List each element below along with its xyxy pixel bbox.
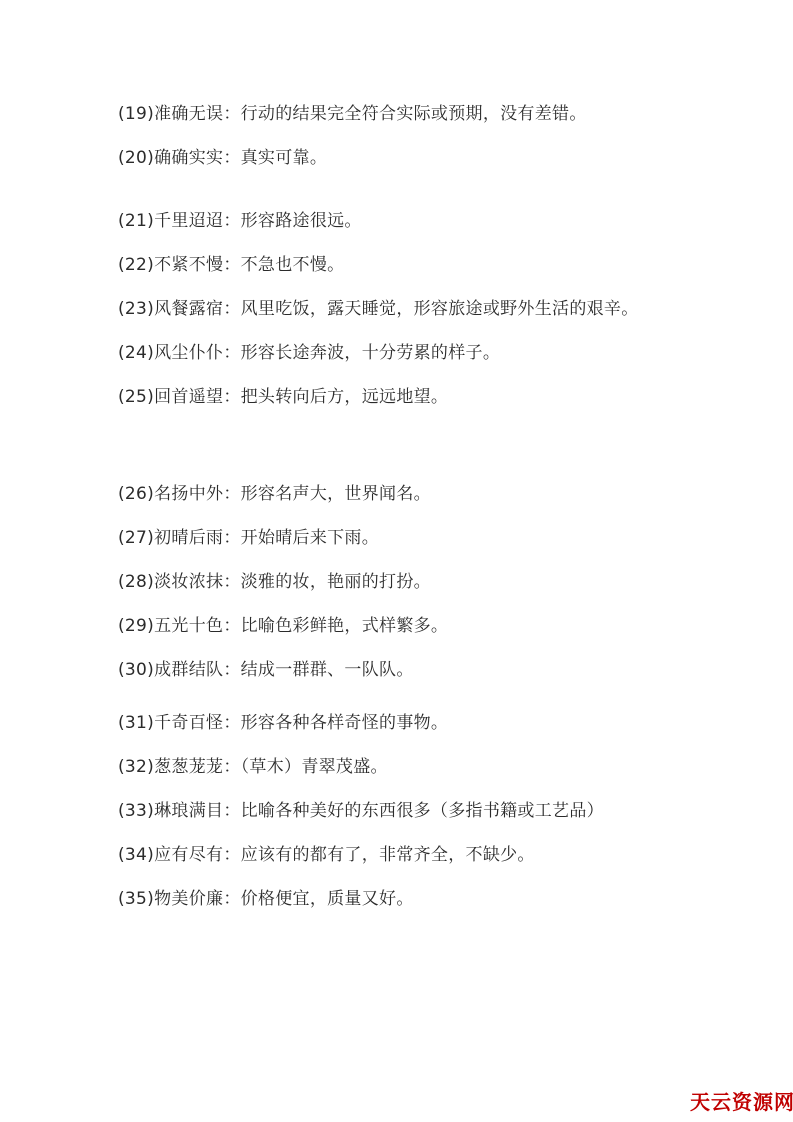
idiom-term: 准确无误 (154, 104, 223, 124)
entry-number: (26) (118, 484, 154, 504)
entry-number: (25) (118, 387, 154, 407)
colon-separator: ： (223, 299, 240, 319)
colon-separator: ： (223, 889, 240, 909)
idiom-group-1: (19)准确无误：行动的结果完全符合实际或预期，没有差错。(20)确确实实：真实… (118, 103, 765, 169)
entry-number: (28) (118, 572, 154, 592)
idiom-entry: (19)准确无误：行动的结果完全符合实际或预期，没有差错。 (118, 103, 765, 125)
idiom-entry: (25)回首遥望：把头转向后方，远远地望。 (118, 386, 765, 408)
colon-separator: ： (223, 757, 240, 777)
idiom-entry: (35)物美价廉：价格便宜，质量又好。 (118, 888, 765, 910)
idiom-list: (19)准确无误：行动的结果完全符合实际或预期，没有差错。(20)确确实实：真实… (118, 103, 765, 932)
colon-separator: ： (223, 801, 240, 821)
idiom-term: 确确实实 (154, 148, 223, 168)
entry-number: (33) (118, 801, 154, 821)
idiom-entry: (27)初晴后雨：开始晴后来下雨。 (118, 527, 765, 549)
idiom-term: 五光十色 (154, 616, 223, 636)
entry-number: (24) (118, 343, 154, 363)
colon-separator: ： (223, 255, 240, 275)
idiom-term: 琳琅满目 (154, 801, 223, 821)
idiom-group-3: (26)名扬中外：形容名声大，世界闻名。(27)初晴后雨：开始晴后来下雨。(28… (118, 483, 765, 681)
idiom-definition: 形容各种各样奇怪的事物。 (241, 713, 449, 733)
entry-number: (35) (118, 889, 154, 909)
idiom-term: 千奇百怪 (154, 713, 223, 733)
idiom-entry: (21)千里迢迢：形容路途很远。 (118, 210, 765, 232)
colon-separator: ： (223, 148, 240, 168)
idiom-entry: (33)琳琅满目：比喻各种美好的东西很多（多指书籍或工艺品） (118, 800, 765, 822)
idiom-term: 淡妆浓抹 (154, 572, 223, 592)
idiom-term: 风餐露宿 (154, 299, 223, 319)
idiom-entry: (22)不紧不慢：不急也不慢。 (118, 254, 765, 276)
idiom-entry: (29)五光十色：比喻色彩鲜艳，式样繁多。 (118, 615, 765, 637)
idiom-term: 应有尽有 (154, 845, 223, 865)
idiom-entry: (24)风尘仆仆：形容长途奔波，十分劳累的样子。 (118, 342, 765, 364)
idiom-definition: 比喻色彩鲜艳，式样繁多。 (241, 616, 449, 636)
idiom-definition: 真实可靠。 (241, 148, 328, 168)
idiom-entry: (28)淡妆浓抹：淡雅的妆，艳丽的打扮。 (118, 571, 765, 593)
idiom-definition: 淡雅的妆，艳丽的打扮。 (241, 572, 431, 592)
idiom-entry: (32)葱葱茏茏：（草木）青翠茂盛。 (118, 756, 765, 778)
idiom-term: 物美价廉 (154, 889, 223, 909)
idiom-group-2: (21)千里迢迢：形容路途很远。(22)不紧不慢：不急也不慢。(23)风餐露宿：… (118, 210, 765, 408)
entry-number: (20) (118, 148, 154, 168)
colon-separator: ： (223, 660, 240, 680)
idiom-definition: 比喻各种美好的东西很多（多指书籍或工艺品） (241, 801, 604, 821)
idiom-entry: (20)确确实实：真实可靠。 (118, 147, 765, 169)
entry-number: (30) (118, 660, 154, 680)
idiom-definition: 结成一群群、一队队。 (241, 660, 414, 680)
idiom-entry: (23)风餐露宿：风里吃饭，露天睡觉，形容旅途或野外生活的艰辛。 (118, 298, 765, 320)
colon-separator: ： (223, 616, 240, 636)
colon-separator: ： (223, 845, 240, 865)
entry-number: (29) (118, 616, 154, 636)
idiom-definition: 不急也不慢。 (241, 255, 345, 275)
colon-separator: ： (223, 343, 240, 363)
colon-separator: ： (223, 387, 240, 407)
entry-number: (19) (118, 104, 154, 124)
idiom-term: 回首遥望 (154, 387, 223, 407)
idiom-definition: 应该有的都有了，非常齐全，不缺少。 (241, 845, 535, 865)
idiom-definition: 风里吃饭，露天睡觉，形容旅途或野外生活的艰辛。 (241, 299, 639, 319)
idiom-definition: 形容长途奔波，十分劳累的样子。 (241, 343, 501, 363)
idiom-definition: 价格便宜，质量又好。 (241, 889, 414, 909)
entry-number: (34) (118, 845, 154, 865)
entry-number: (23) (118, 299, 154, 319)
idiom-definition: 形容名声大，世界闻名。 (241, 484, 431, 504)
idiom-definition: 形容路途很远。 (241, 211, 362, 231)
idiom-term: 初晴后雨 (154, 528, 223, 548)
idiom-term: 不紧不慢 (154, 255, 223, 275)
entry-number: (31) (118, 713, 154, 733)
colon-separator: ： (223, 528, 240, 548)
entry-number: (27) (118, 528, 154, 548)
idiom-term: 成群结队 (154, 660, 223, 680)
watermark: 天云资源网 (690, 1086, 793, 1115)
idiom-term: 名扬中外 (154, 484, 223, 504)
entry-number: (22) (118, 255, 154, 275)
idiom-definition: （草木）青翠茂盛。 (241, 757, 388, 777)
colon-separator: ： (223, 104, 240, 124)
entry-number: (32) (118, 757, 154, 777)
colon-separator: ： (223, 713, 240, 733)
idiom-term: 风尘仆仆 (154, 343, 223, 363)
idiom-definition: 把头转向后方，远远地望。 (241, 387, 449, 407)
idiom-definition: 开始晴后来下雨。 (241, 528, 379, 548)
idiom-entry: (30)成群结队：结成一群群、一队队。 (118, 659, 765, 681)
idiom-term: 千里迢迢 (154, 211, 223, 231)
idiom-entry: (26)名扬中外：形容名声大，世界闻名。 (118, 483, 765, 505)
document-page: (19)准确无误：行动的结果完全符合实际或预期，没有差错。(20)确确实实：真实… (0, 0, 793, 1122)
colon-separator: ： (223, 484, 240, 504)
idiom-entry: (31)千奇百怪：形容各种各样奇怪的事物。 (118, 712, 765, 734)
idiom-group-4: (31)千奇百怪：形容各种各样奇怪的事物。(32)葱葱茏茏：（草木）青翠茂盛。(… (118, 712, 765, 910)
idiom-entry: (34)应有尽有：应该有的都有了，非常齐全，不缺少。 (118, 844, 765, 866)
idiom-term: 葱葱茏茏 (154, 757, 223, 777)
colon-separator: ： (223, 211, 240, 231)
colon-separator: ： (223, 572, 240, 592)
entry-number: (21) (118, 211, 154, 231)
idiom-definition: 行动的结果完全符合实际或预期，没有差错。 (241, 104, 587, 124)
